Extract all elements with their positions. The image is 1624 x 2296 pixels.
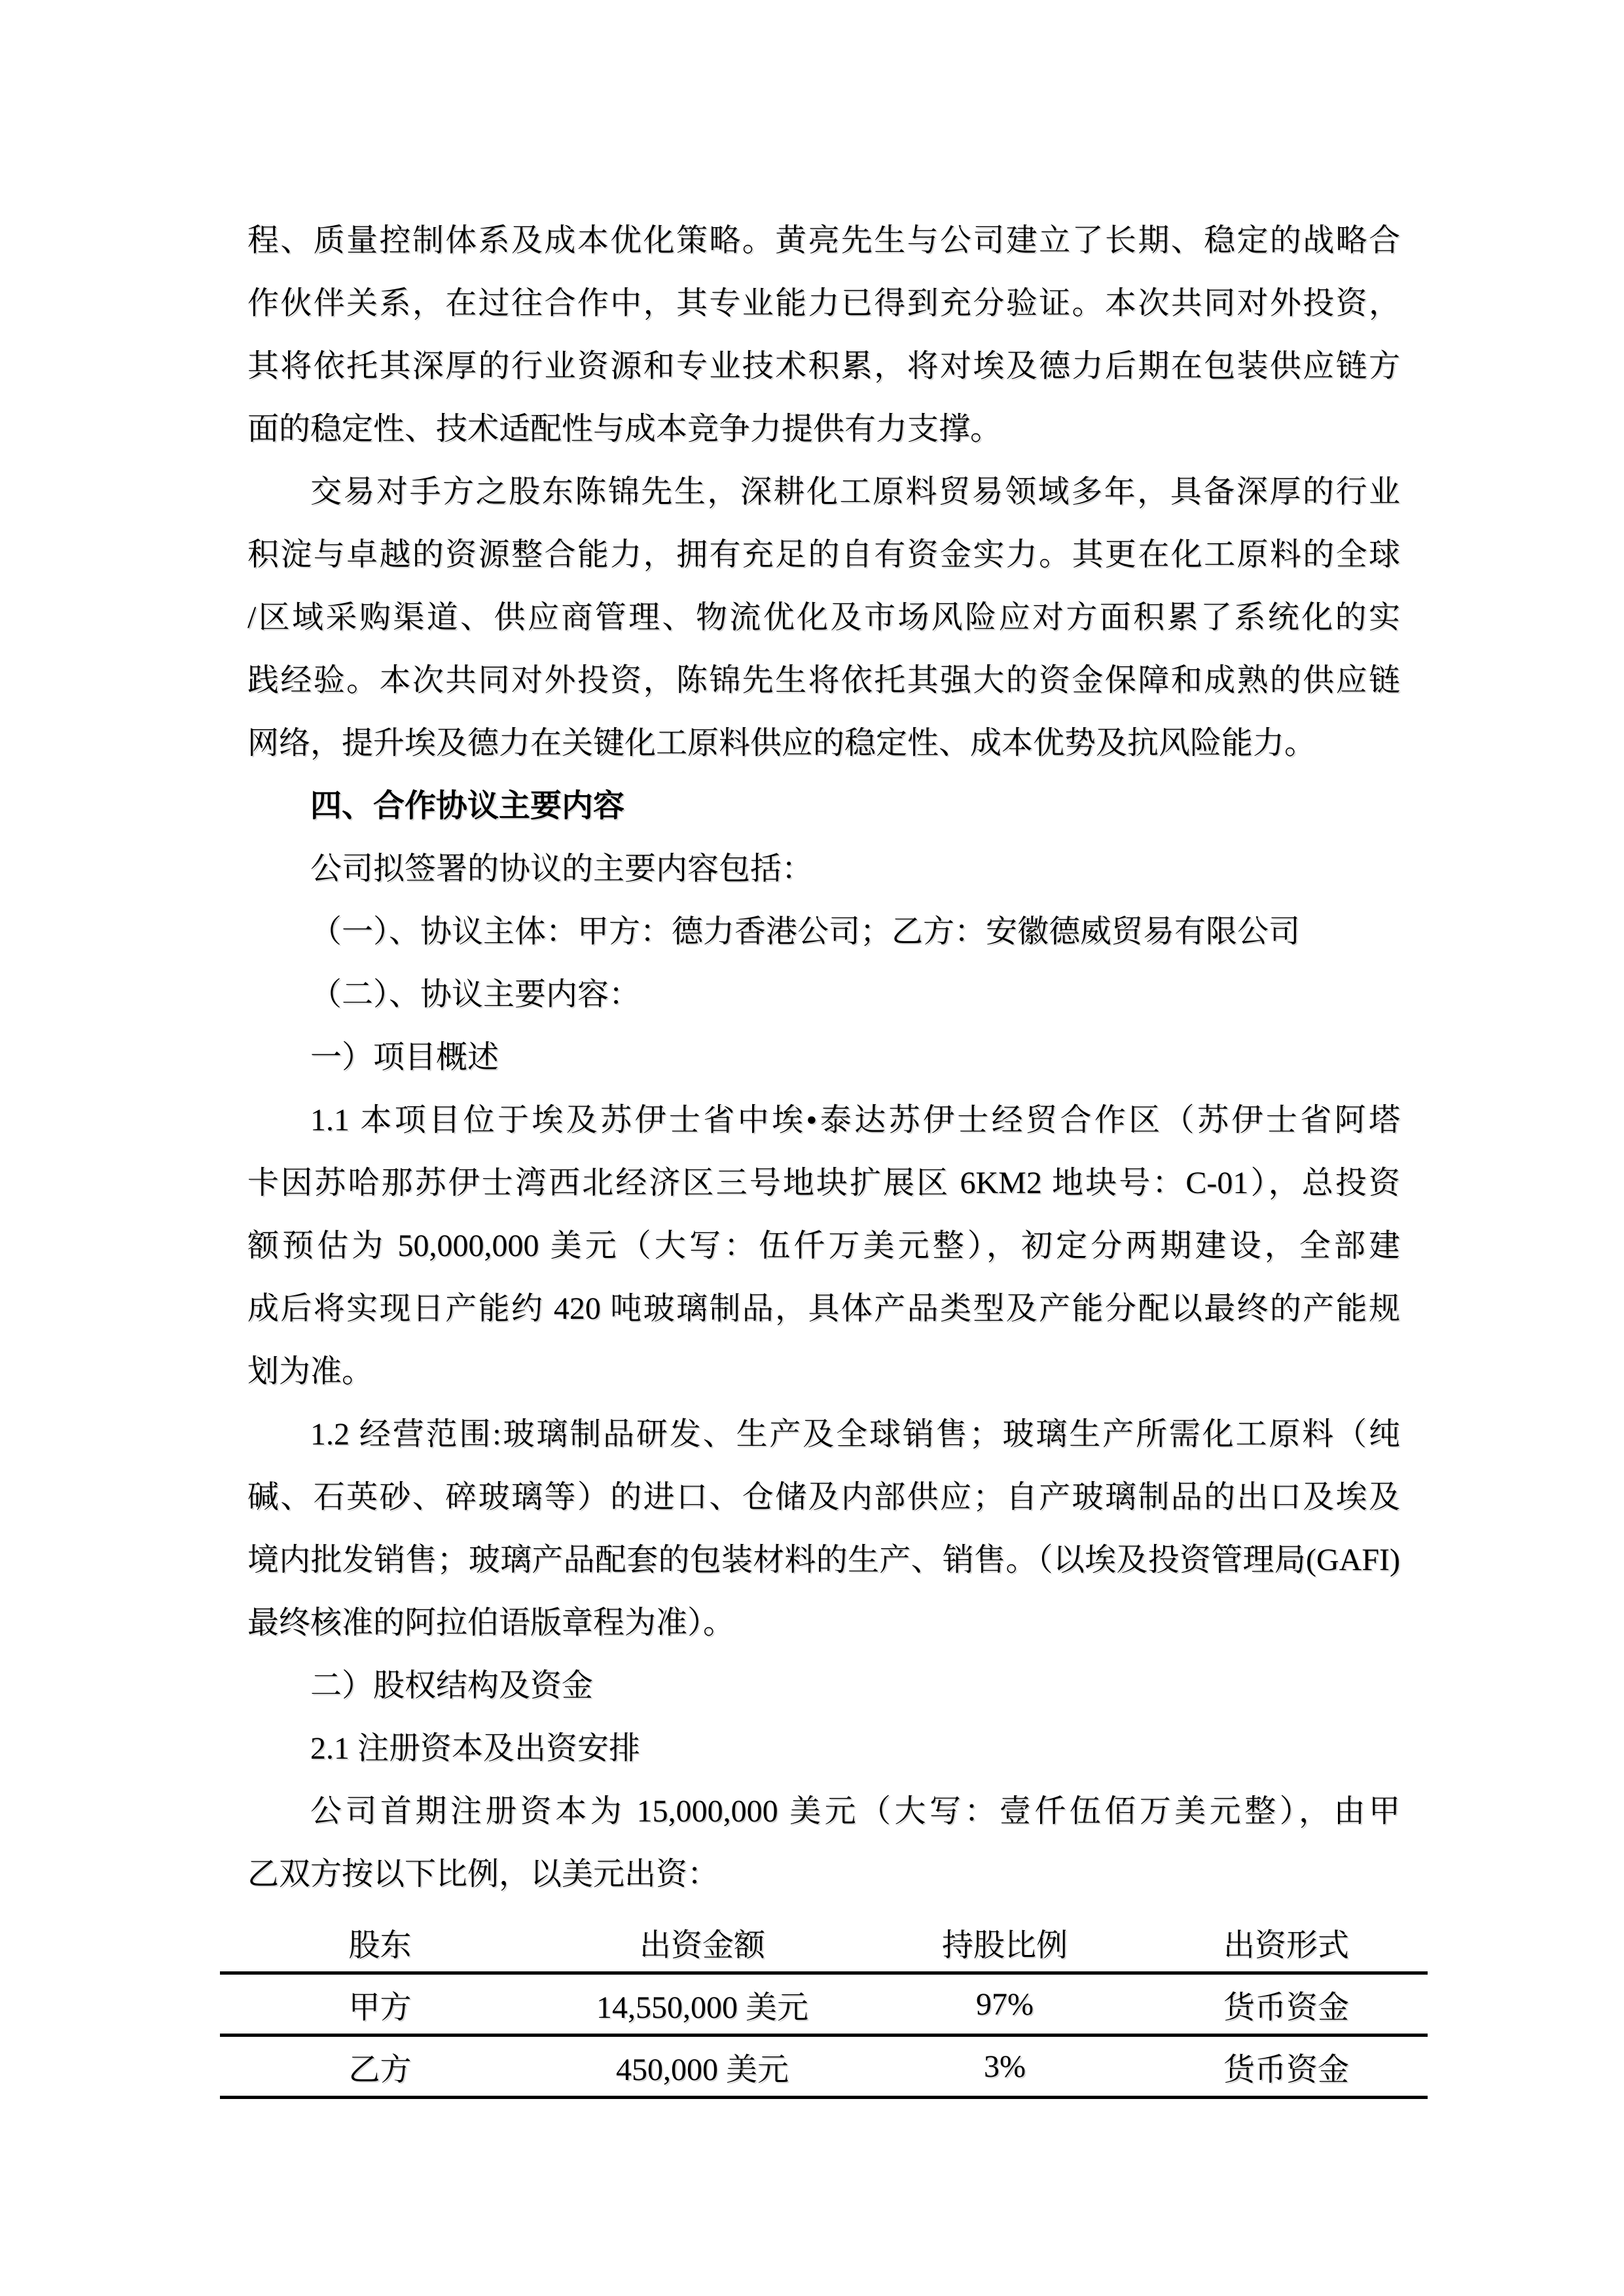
text-line: 成后将实现日产能约 420 吨玻璃制品，具体产品类型及产能分配以最终的产能规	[247, 1278, 1400, 1340]
table-cell-amount: 450,000 美元	[540, 2036, 865, 2098]
text-line: 乙双方按以下比例，以美元出资：	[247, 1843, 1400, 1906]
table-cell-ratio: 97%	[865, 1973, 1145, 2036]
table-cell-form: 货币资金	[1145, 1973, 1428, 2036]
table-header-shareholder: 股东	[220, 1912, 540, 1973]
text-line: 卡因苏哈那苏伊士湾西北经济区三号地块扩展区 6KM2 地块号：C-01），总投资	[247, 1152, 1400, 1215]
table-row: 乙方 450,000 美元 3% 货币资金	[220, 2036, 1428, 2098]
subsection-heading: 二）股权结构及资金	[247, 1655, 1400, 1717]
text-line: 交易对手方之股东陈锦先生，深耕化工原料贸易领域多年，具备深厚的行业	[247, 461, 1400, 524]
text-line: 境内批发销售；玻璃产品配套的包装材料的生产、销售。（以埃及投资管理局(GAFI)	[247, 1529, 1400, 1592]
table-cell-amount: 14,550,000 美元	[540, 1973, 865, 2036]
text-line: 最终核准的阿拉伯语版章程为准）。	[247, 1592, 1400, 1655]
table-header-ratio: 持股比例	[865, 1912, 1145, 1973]
table-header-amount: 出资金额	[540, 1912, 865, 1973]
document-page: 程、质量控制体系及成本优化策略。黄亮先生与公司建立了长期、稳定的战略合 作伙伴关…	[0, 0, 1624, 2296]
text-line: 公司首期注册资本为 15,000,000 美元（大写：壹仟伍佰万美元整），由甲	[247, 1780, 1400, 1843]
text-line: 1.2 经营范围:玻璃制品研发、生产及全球销售；玻璃生产所需化工原料（纯	[247, 1403, 1400, 1466]
text-line: 程、质量控制体系及成本优化策略。黄亮先生与公司建立了长期、稳定的战略合	[247, 209, 1400, 272]
section-heading: 四、合作协议主要内容	[247, 775, 1400, 838]
text-line: 1.1 本项目位于埃及苏伊士省中埃•泰达苏伊士经贸合作区（苏伊士省阿塔	[247, 1089, 1400, 1152]
subsection-heading: 一）项目概述	[247, 1026, 1400, 1089]
text-line: 作伙伴关系，在过往合作中，其专业能力已得到充分验证。本次共同对外投资，	[247, 272, 1400, 335]
table-cell-shareholder: 乙方	[220, 2036, 540, 2098]
table-cell-form: 货币资金	[1145, 2036, 1428, 2098]
text-line: 其将依托其深厚的行业资源和专业技术积累，将对埃及德力后期在包装供应链方	[247, 335, 1400, 398]
text-line: 网络，提升埃及德力在关键化工原料供应的稳定性、成本优势及抗风险能力。	[247, 712, 1400, 775]
table-cell-shareholder: 甲方	[220, 1973, 540, 2036]
text-line: 公司拟签署的协议的主要内容包括：	[247, 838, 1400, 901]
text-line: /区域采购渠道、供应商管理、物流优化及市场风险应对方面积累了系统化的实	[247, 586, 1400, 649]
text-line: 积淀与卓越的资源整合能力，拥有充足的自有资金实力。其更在化工原料的全球	[247, 524, 1400, 586]
text-line: 额预估为 50,000,000 美元（大写：伍仟万美元整），初定分两期建设，全部…	[247, 1215, 1400, 1278]
text-line: 碱、石英砂、碎玻璃等）的进口、仓储及内部供应；自产玻璃制品的出口及埃及	[247, 1466, 1400, 1529]
table-cell-ratio: 3%	[865, 2036, 1145, 2098]
text-line: 划为准。	[247, 1340, 1400, 1403]
text-line: （二）、协议主要内容：	[247, 963, 1400, 1026]
table-header-row: 股东 出资金额 持股比例 出资形式	[220, 1912, 1428, 1973]
table-row: 甲方 14,550,000 美元 97% 货币资金	[220, 1973, 1428, 2036]
capital-contribution-table: 股东 出资金额 持股比例 出资形式 甲方 14,550,000 美元 97% 货…	[220, 1912, 1428, 2099]
text-line: （一）、协议主体：甲方：德力香港公司；乙方：安徽德威贸易有限公司	[247, 901, 1400, 963]
text-line: 践经验。本次共同对外投资，陈锦先生将依托其强大的资金保障和成熟的供应链	[247, 649, 1400, 712]
document-content: 程、质量控制体系及成本优化策略。黄亮先生与公司建立了长期、稳定的战略合 作伙伴关…	[247, 209, 1400, 2099]
table-header-form: 出资形式	[1145, 1912, 1428, 1973]
text-line: 面的稳定性、技术适配性与成本竞争力提供有力支撑。	[247, 398, 1400, 461]
subsection-heading: 2.1 注册资本及出资安排	[247, 1717, 1400, 1780]
